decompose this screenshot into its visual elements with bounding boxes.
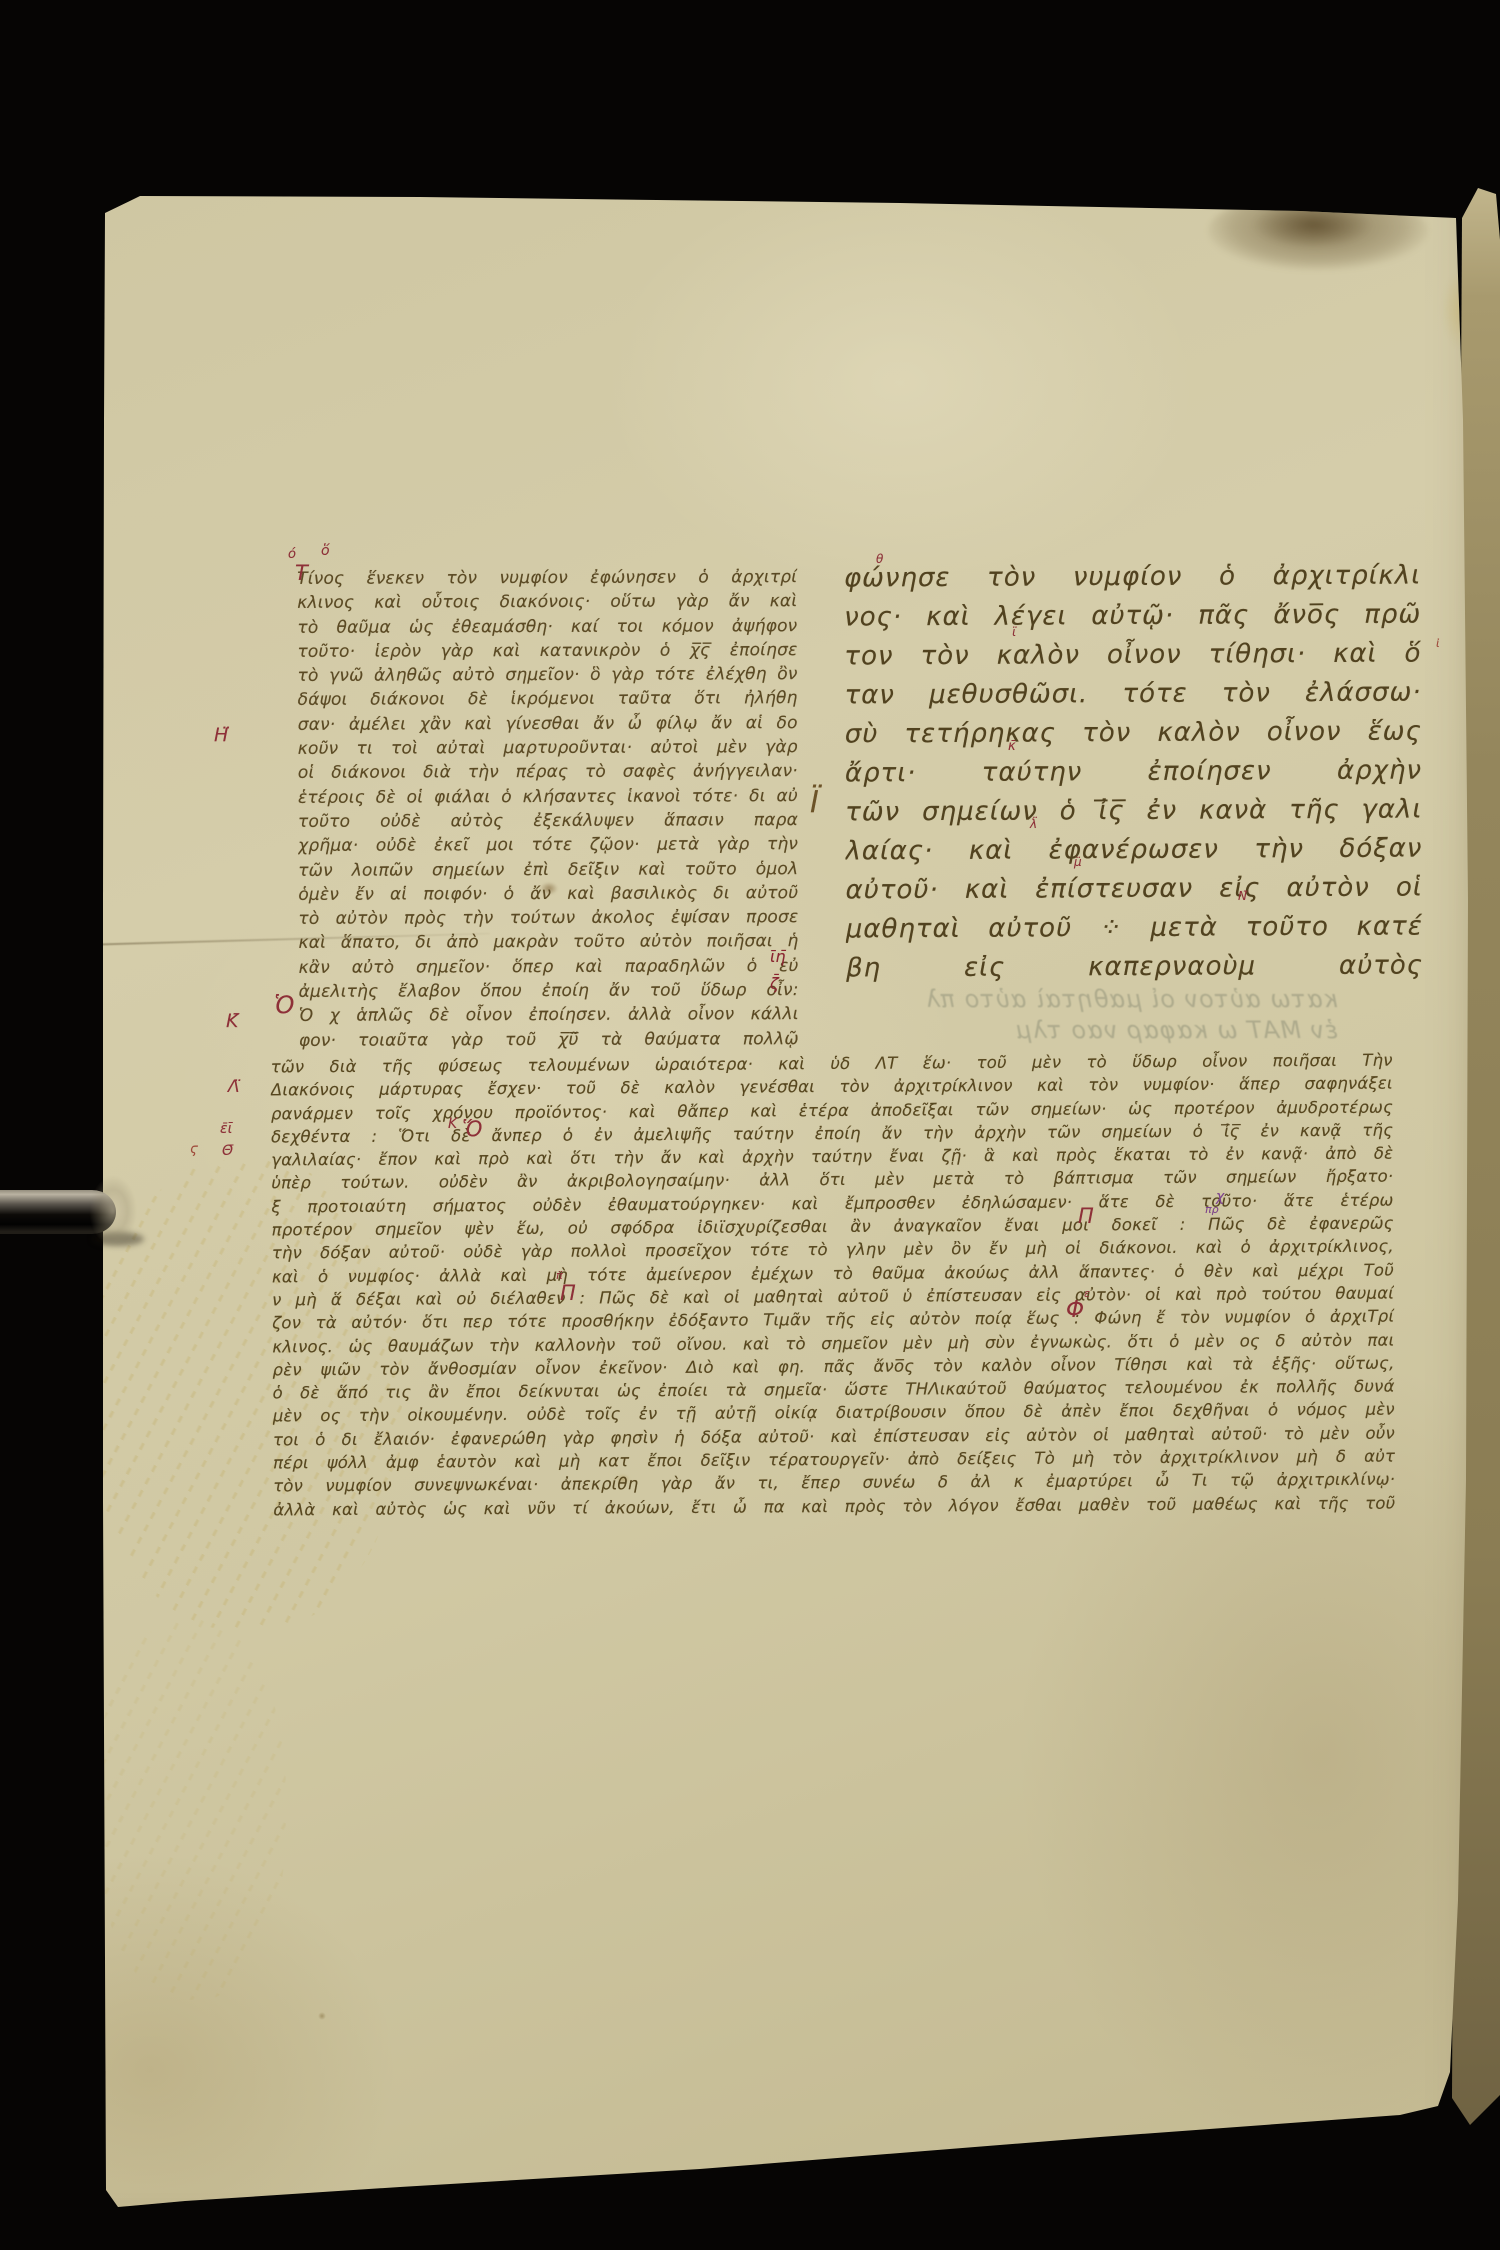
section-number-z: ζ̄ (770, 976, 779, 992)
glass-page-weight[interactable] (0, 1186, 132, 1238)
sup-iota-red: ϊ (1012, 626, 1016, 638)
margin-letter-epsilon-iota: ε̄ῑ (220, 1122, 232, 1136)
commentary-block-full-width: τῶν διὰ τῆς φύσεως τελουμένων ὡραιότερα·… (271, 1049, 1396, 1522)
manuscript-line: Τίνος ἕνεκεν τὸν νυμφίον ἐφώνησεν ὁ ἀρχι… (297, 565, 797, 591)
manuscript-line: κοῦν τι τοὶ αὐταὶ μαρτυροῦνται· αὐτοὶ μὲ… (298, 735, 798, 761)
rubric-initial-tau: Τ (295, 563, 308, 584)
manuscript-line: καὶ ἅπατο, δι ἀπὸ μακρὰν τοῦτο αὐτὸν ποι… (298, 930, 798, 956)
margin-letter-theta: Θ̄ (222, 1144, 233, 1158)
inline-initial-phi: Φ (1066, 1299, 1084, 1322)
manuscript-line: τοῦτο· ἱερὸν γὰρ καὶ κατανικρὸν ὁ χ̅ς̅ ἐ… (297, 638, 797, 664)
sup-kappa-red: κ̄ (1008, 740, 1016, 753)
manuscript-line: τοῦτο οὐδὲ αὐτὸς ἐξεκάλυψεν ἅπασιν παρα (298, 808, 798, 834)
brown-initial-iota: Ϊ (810, 788, 819, 818)
manuscript-line: ἑτέροις δὲ οἱ φιάλαι ὁ κλήσαντες ἱκανοὶ … (298, 784, 798, 810)
inline-kappa-red: Κ (448, 1117, 457, 1131)
showthrough-dotted-area-2 (96, 1620, 286, 2000)
manuscript-line: τὸ αὐτὸν πρὸς τὴν τούτων ἀκολος ἐψίσαν π… (298, 905, 798, 931)
rubric-sup-omicron-1: ό (288, 548, 296, 561)
manuscript-photo: κατω αὐτον οἱ μαθηταὶ αὐτο πλἐν ΜΑΤ ω κα… (0, 0, 1500, 2250)
margin-letter-stigma: ϛ (190, 1143, 198, 1156)
margin-letter-kappa: Κ̄ (226, 1012, 238, 1031)
sup-pi-red: π̈ (556, 1270, 563, 1281)
manuscript-line: αὐτοῦ· καὶ ἐπίστευσαν εἰς αὐτὸν οἱ (846, 868, 1423, 910)
sup-mu-red: μ̈ (1074, 856, 1082, 868)
sup-lambda-red: λ̈ (1030, 818, 1037, 830)
manuscript-line: σὺ τετήρηκας τὸν καλὸν οἶνον ἕως (845, 712, 1422, 754)
inline-initial-omicron: Ὅ (462, 1119, 482, 1140)
gospel-lemma-column-right: φώνησε τὸν νυμφίον ὁ ἀρχιτρίκλινος· καὶ … (844, 556, 1423, 988)
correction-chi-purple: χ (1216, 1190, 1224, 1204)
manuscript-line: οἱ διάκονοι διὰ τὴν πέρας τὸ σαφὲς ἀνήγγ… (298, 760, 798, 786)
manuscript-line: ὁμὲν ἔν αἱ ποιφόν· ὁ ἄν καὶ βασιλικὸς δι… (298, 881, 798, 907)
manuscript-line: βη εἰς καπερναοὺμ αὐτὸς (846, 946, 1423, 988)
manuscript-line: τὸ θαῦμα ὡς ἐθεαμάσθη· καί τοι κόμον ἀψή… (297, 614, 797, 640)
correction-pro-purple: πρ (1205, 1204, 1219, 1215)
inline-initial-pi-1: Π (560, 1283, 576, 1304)
manuscript-line: χρῆμα· οὐδὲ ἐκεῖ μοι τότε ζῷον· μετὰ γὰρ… (298, 832, 798, 858)
parchment-page: κατω αὐτον οἱ μαθηταὶ αὐτο πλἐν ΜΑΤ ω κα… (0, 0, 1500, 2250)
manuscript-line: σαν· ἀμέλει χἂν καὶ γίνεσθαι ἄν ὦ φίλῳ ἄ… (298, 711, 798, 737)
margin-letter-lambda: Λ̈ (228, 1079, 240, 1096)
manuscript-line: τῶν σημείων ὁ ἰ̅ς̅ ἐν κανὰ τῆς γαλι (845, 790, 1422, 832)
commentary-column-left: Τίνος ἕνεκεν τὸν νυμφίον ἐφώνησεν ὁ ἀρχι… (297, 565, 799, 1053)
manuscript-line: ἄρτι· ταύτην ἐποίησεν ἀρχὴν (845, 751, 1422, 793)
manuscript-line: ταν μεθυσθῶσι. τότε τὸν ἐλάσσω· (844, 673, 1421, 715)
showthrough-line: ἐν ΜΑΤ ω καφαρ ναο τλμ (858, 1015, 1338, 1046)
manuscript-line: λαίας· καὶ ἐφανέρωσεν τὴν δόξαν (845, 829, 1422, 871)
manuscript-line: φον· τοιαῦτα γὰρ τοῦ χ̅ῦ̅ τὰ θαύματα πολ… (299, 1027, 799, 1053)
showthrough-line: κατω αὐτον οἱ μαθηταὶ αὐτο πλ (858, 984, 1338, 1015)
manuscript-line: κλινος καὶ οὗτοις διακόνοις· οὕτω γὰρ ἄν… (297, 589, 797, 615)
sup-epsilon-red: ε (1084, 1288, 1090, 1299)
stain-small-4 (318, 2012, 326, 2020)
section-number-ih: ῑη̄ (770, 949, 786, 965)
edge-mark-red: ἰ (1436, 638, 1440, 649)
manuscript-line: νος· καὶ λέγει αὐτῷ· πᾶς ἄνο̅ς πρῶ (844, 595, 1421, 637)
margin-letter-eta: Η̈ (214, 726, 228, 745)
manuscript-line: φώνησε τὸν νυμφίον ὁ ἀρχιτρίκλι (844, 556, 1421, 598)
manuscript-line: κἂν αὐτὸ σημεῖον· ὅπερ καὶ παραδηλῶν ὁ ε… (299, 954, 799, 980)
stain-top-right-core (1252, 200, 1372, 248)
inline-initial-pi-2: Π (1078, 1206, 1094, 1227)
sup-nu-red: Ν̄ (1238, 890, 1247, 902)
manuscript-line: τον τὸν καλὸν οἶνον τίθησι· καὶ ὅ (844, 634, 1421, 676)
rod-glass-tip (88, 1174, 138, 1248)
manuscript-line: ἀμελιτὴς ἔλαβον ὅπου ἐποίη ἄν τοῦ ὕδωρ ο… (299, 978, 799, 1004)
stain-top-right (1208, 192, 1428, 270)
ink-showthrough-lines: κατω αὐτον οἱ μαθηταὶ αὐτο πλἐν ΜΑΤ ω κα… (858, 984, 1338, 1046)
manuscript-line: τῶν λοιπῶν σημείων ἐπὶ δεῖξιν καὶ τοῦτο … (298, 857, 798, 883)
rubric-sup-omicron-2: ὅ (321, 544, 330, 558)
manuscript-line: τὸ γνῶ ἀληθῶς αὐτὸ σημεῖον· ὃ γὰρ τότε ἐ… (297, 662, 797, 688)
rubric-initial-omicron: Ὁ (274, 993, 294, 1017)
manuscript-line: μαθηταὶ αὐτοῦ ⁘ μετὰ τοῦτο κατέ (846, 907, 1423, 949)
manuscript-line: δάψοι διάκονοι δὲ ἱκρόμενοι ταῦτα ὅτι ἠλ… (298, 687, 798, 713)
sup-theta-red: θ (876, 553, 883, 565)
manuscript-line: Ὁ χ ἁπλῶς δὲ οἶνον ἐποίησεν. ἀλλὰ οἶνον … (299, 1002, 799, 1028)
